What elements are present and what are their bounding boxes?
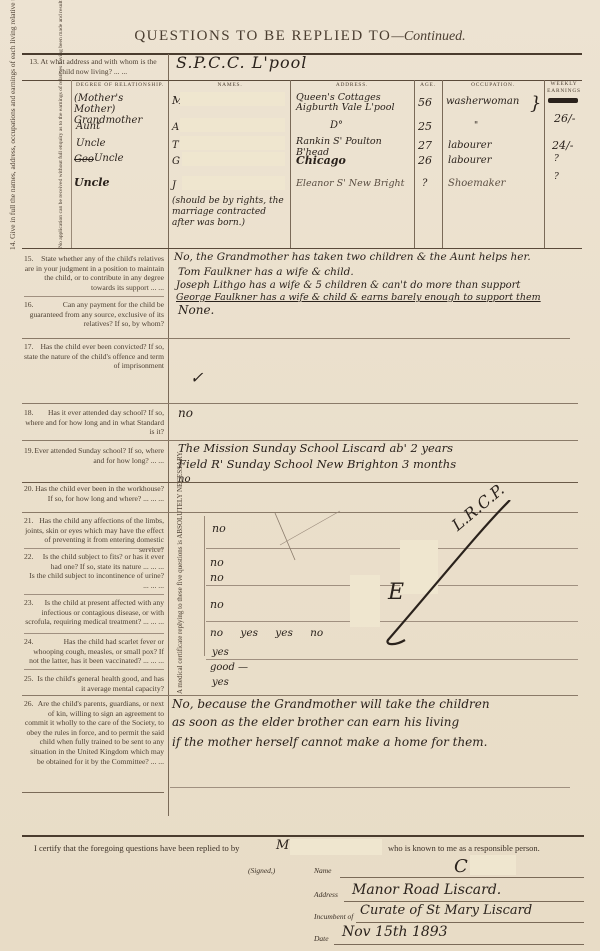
certification-text: I certify that the foregoing questions h… (34, 843, 239, 853)
answer-18: no (178, 406, 193, 420)
question-14-note: No application can be received without f… (58, 83, 65, 248)
title-suffix: —Continued. (391, 29, 465, 44)
question-text: Can any payment for the child be guarant… (30, 300, 164, 328)
question-text: Is the child at present affected with an… (25, 598, 164, 626)
redaction (470, 855, 516, 875)
question-text: Is the child subject to fits? or has it … (43, 552, 164, 571)
page-title: QUESTIONS TO BE REPLIED TO—Continued. (0, 28, 600, 45)
medical-certificate-note: A medical certificate replying to these … (176, 514, 185, 694)
question-16: 16. Can any payment for the child be gua… (24, 300, 164, 329)
age-5: ? (422, 178, 427, 189)
signed-label: (Signed,) (248, 866, 275, 875)
row-rule (24, 594, 164, 595)
question-text: Has the child had scarlet fever or whoop… (29, 637, 164, 665)
medical-divider (204, 516, 205, 656)
col-names: NAMES. (170, 82, 290, 88)
col-relationship: DEGREE OF RELATIONSHIP. (74, 82, 166, 88)
signature-flourish (380, 500, 530, 660)
occupation-1: washerwoman (446, 96, 519, 107)
address-value: Manor Road Liscard. (352, 882, 501, 898)
question-25: 25. Is the child's general health good, … (24, 674, 164, 693)
col-earnings: WEEKLY EARNINGS (546, 81, 582, 95)
question-text: Ever attended Sunday school? If so, wher… (34, 446, 164, 465)
pencil-mark (270, 505, 350, 565)
redaction (180, 136, 285, 150)
answer-21: no (212, 522, 226, 535)
answer-25: good — (210, 662, 248, 673)
question-22: 22. Is the child subject to fits? or has… (24, 552, 164, 590)
incumbent-label: Incumbent of (314, 912, 353, 921)
occupation-3: labourer (448, 140, 492, 151)
question-number: 14. (8, 241, 17, 250)
question-text: Has the child ever been in the workhouse… (35, 484, 164, 503)
question-17: 17. Has the child ever been convicted? I… (24, 342, 164, 371)
question-19: 19. Ever attended Sunday school? If so, … (24, 446, 164, 465)
relationship-2: Aunt (76, 121, 100, 132)
answer-15-line-1: No, the Grandmother has taken two childr… (174, 251, 531, 263)
question-text: Has it ever attended day school? If so, … (25, 408, 164, 436)
name-value: C (454, 856, 468, 877)
address-label: Address (314, 890, 338, 899)
age-occupation-divider (442, 80, 443, 248)
answer-15-line-4: George Faulkner has a wife & child & ear… (176, 292, 541, 303)
answer-24: no yes yes no (210, 627, 323, 639)
row-rule (22, 695, 578, 696)
struck-relationship: Geo (74, 154, 94, 165)
col-occupation: OCCUPATION. (442, 82, 544, 88)
row-rule (24, 548, 164, 549)
occupation-4: labourer (448, 155, 492, 166)
question-20: 20. Has the child ever been in the workh… (24, 484, 164, 503)
question-14-text: 14. Give in full the names, address, occ… (8, 82, 17, 250)
answer-25b: yes (212, 677, 229, 688)
col-address: ADDRESS. (290, 82, 414, 88)
row-rule (22, 403, 578, 404)
earnings-4: ? (554, 154, 559, 164)
answer-26-line-3: if the mother herself cannot make a home… (172, 735, 487, 749)
age-1: 56 (418, 96, 432, 109)
incumbent-line (356, 922, 584, 923)
address-4: Chicago (296, 154, 346, 167)
age-2: 25 (418, 120, 432, 133)
row-rule (22, 80, 582, 81)
question-number: 18. (24, 408, 34, 418)
earnings-1: 26/- (554, 112, 575, 125)
names-address-divider (290, 80, 291, 248)
question-number: 25. (24, 674, 34, 684)
occupation-2: " (474, 121, 478, 131)
name-note: (should be by rights, the marriage contr… (172, 196, 287, 229)
question-number: 13. (29, 57, 39, 66)
relationship-divider (71, 80, 72, 248)
answer-22: no (210, 556, 224, 569)
address-2: D° (330, 120, 343, 131)
answer-13: S.P.C.C. L'pool (176, 53, 307, 72)
question-number: 21. (24, 516, 34, 526)
name-label: Name (314, 866, 332, 875)
row-rule (22, 248, 582, 249)
question-text: State whether any of the child's relativ… (25, 254, 164, 292)
date-line (334, 944, 584, 945)
question-text: Give in full the names, address, occupat… (8, 0, 17, 239)
date-value: Nov 15th 1893 (342, 924, 448, 940)
title-text: QUESTIONS TO BE REPLIED TO (134, 28, 391, 44)
date-label: Date (314, 934, 329, 943)
question-24: 24. Has the child had scarlet fever or w… (24, 637, 164, 666)
question-23: 23. Is the child at present affected wit… (24, 598, 164, 627)
question-number: 24. (24, 637, 34, 647)
question-13: 13. At what address and with whom is the… (24, 57, 162, 76)
age-4: 26 (418, 154, 432, 167)
row-rule (24, 296, 164, 297)
row-rule (24, 633, 164, 634)
question-number: 17. (24, 342, 34, 352)
answer-22b: no (210, 571, 224, 584)
certification-text-2: who is known to me as a responsible pers… (388, 843, 540, 853)
answer-17: ✓ (190, 368, 203, 387)
answer-26-line-2: as soon as the elder brother can earn hi… (172, 715, 459, 729)
occupation-5: Shoemaker (448, 178, 505, 189)
answer-15-line-2: Tom Faulkner has a wife & child. (178, 266, 354, 278)
redaction (290, 839, 382, 855)
col-age: AGE. (414, 82, 442, 88)
replied-by-name: M (276, 838, 289, 853)
occupation-earnings-divider (544, 80, 545, 248)
address-age-divider (414, 80, 415, 248)
question-15: 15. State whether any of the child's rel… (24, 254, 164, 292)
answer-16: None. (178, 303, 214, 317)
address-1: Queen's Cottages Aigburth Vale L'pool (296, 93, 412, 113)
relationship-5: Uncle (74, 176, 109, 189)
answer-26-line-1: No, because the Grandmother will take th… (172, 697, 490, 711)
question-number: 26. (24, 699, 34, 709)
question-number: 16. (24, 300, 34, 310)
redaction (182, 176, 285, 190)
redaction (180, 118, 285, 132)
row-rule (24, 669, 164, 670)
question-number: 23. (24, 598, 34, 608)
name-3: T (172, 140, 179, 151)
redaction (350, 575, 380, 627)
question-26: 26. Are the child's parents, guardians, … (24, 699, 164, 766)
redaction (180, 92, 285, 106)
question-number: 15. (24, 254, 34, 264)
row-rule (22, 792, 164, 793)
question-number: 22. (24, 552, 34, 562)
earnings-3: 24/- (552, 139, 573, 152)
brace: } (530, 93, 541, 114)
name-2: A (172, 122, 179, 133)
redaction (182, 152, 285, 166)
answer-15-line-3: Joseph Lithgo has a wife & 5 children & … (176, 280, 520, 291)
answer-19-line-1: The Mission Sunday School Liscard ab' 2 … (178, 441, 453, 455)
question-text: Has the child ever been convicted? If so… (24, 342, 164, 370)
name-line (340, 877, 584, 878)
earnings-5: ? (554, 172, 559, 182)
row-rule (170, 787, 570, 788)
incumbent-value: Curate of St Mary Liscard (360, 903, 532, 918)
age-3: 27 (418, 139, 432, 152)
relationship-3: Uncle (76, 138, 106, 149)
question-text: Are the child's parents, guardians, or n… (25, 699, 164, 766)
name-5: J (172, 180, 176, 191)
name-4: G (172, 156, 180, 167)
row-rule (22, 338, 570, 339)
question-number: 19. (24, 446, 34, 456)
question-text: Is the child's general health good, and … (37, 674, 164, 693)
certification-rule (22, 835, 584, 837)
answer-23: no (210, 598, 224, 611)
address-5: Eleanor S' New Bright (296, 178, 404, 189)
document-page: QUESTIONS TO BE REPLIED TO—Continued. 13… (0, 0, 600, 951)
question-18: 18. Has it ever attended day school? If … (24, 408, 164, 437)
relationship-4: Uncle (94, 153, 124, 164)
answer-24b: yes (212, 647, 229, 658)
address-line (344, 901, 584, 902)
question-text-2: Is the child subject to incontinence of … (29, 571, 164, 590)
question-number: 20. (24, 484, 34, 494)
struck-earnings (548, 98, 578, 103)
answer-19-line-2: Field R' Sunday School New Brighton 3 mo… (178, 457, 456, 471)
question-column-divider (168, 54, 169, 816)
